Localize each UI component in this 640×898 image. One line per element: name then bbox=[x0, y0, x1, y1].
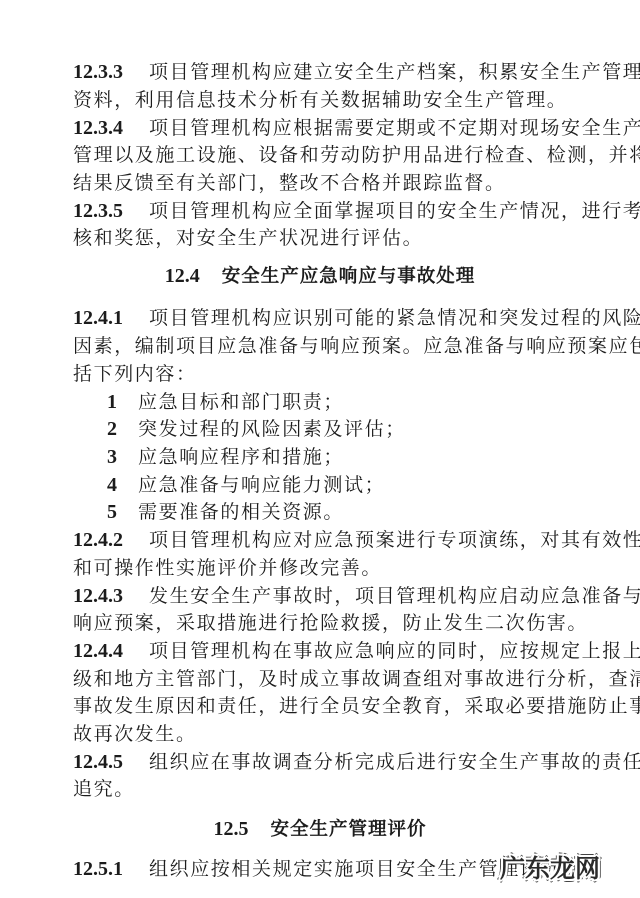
clause-number: 12.4.3 bbox=[73, 582, 149, 610]
clause-number: 12.5.1 bbox=[73, 855, 149, 883]
clause-12-3-3-line-2: 资料，利用信息技术分析有关数据辅助安全生产管理。 bbox=[73, 86, 593, 114]
clause-12-3-3-line-1: 12.3.3项目管理机构应建立安全生产档案，积累安全生产管理 bbox=[73, 58, 593, 86]
clause-12-3-5-line-1: 12.3.5项目管理机构应全面掌握项目的安全生产情况，进行考 bbox=[73, 197, 593, 225]
watermark-logo: 广东龙网 bbox=[500, 852, 600, 886]
clause-12-4-4-line-1: 12.4.4项目管理机构在事故应急响应的同时，应按规定上报上 bbox=[73, 637, 593, 665]
list-item: 5需要准备的相关资源。 bbox=[107, 498, 344, 526]
document-page: 12.3.3项目管理机构应建立安全生产档案，积累安全生产管理 资料，利用信息技术… bbox=[0, 0, 640, 898]
clause-12-4-4-line-4: 故再次发生。 bbox=[73, 720, 593, 748]
clause-number: 12.3.3 bbox=[73, 58, 149, 86]
clause-12-3-4-line-2: 管理以及施工设施、设备和劳动防护用品进行检查、检测，并将 bbox=[73, 141, 593, 169]
clause-12-4-1-line-1: 12.4.1项目管理机构应识别可能的紧急情况和突发过程的风险 bbox=[73, 304, 593, 332]
section-heading-12-4: 12.4安全生产应急响应与事故处理 bbox=[0, 261, 640, 291]
clause-number: 12.3.4 bbox=[73, 114, 149, 142]
clause-number: 12.4.2 bbox=[73, 526, 149, 554]
clause-12-4-4-line-2: 级和地方主管部门，及时成立事故调查组对事故进行分析，查清 bbox=[73, 665, 593, 693]
clause-12-4-4-line-3: 事故发生原因和责任，进行全员安全教育，采取必要措施防止事 bbox=[73, 692, 593, 720]
list-item: 1应急目标和部门职责； bbox=[107, 388, 344, 416]
clause-number: 12.4.4 bbox=[73, 637, 149, 665]
list-item: 3应急响应程序和措施； bbox=[107, 443, 344, 471]
section-heading-12-5: 12.5安全生产管理评价 bbox=[0, 814, 640, 844]
heading-title: 安全生产管理评价 bbox=[270, 819, 426, 840]
clause-number: 12.4.5 bbox=[73, 748, 149, 776]
list-item: 2突发过程的风险因素及评估； bbox=[107, 415, 406, 443]
heading-title: 安全生产应急响应与事故处理 bbox=[222, 266, 476, 287]
clause-number: 12.4.1 bbox=[73, 304, 149, 332]
list-item: 4应急准备与响应能力测试； bbox=[107, 471, 385, 499]
clause-12-4-1-line-2: 因素，编制项目应急准备与响应预案。应急准备与响应预案应包 bbox=[73, 332, 593, 360]
clause-12-3-5-line-2: 核和奖惩，对安全生产状况进行评估。 bbox=[73, 224, 593, 252]
clause-12-4-5-line-2: 追究。 bbox=[73, 775, 593, 803]
clause-number: 12.3.5 bbox=[73, 197, 149, 225]
clause-12-4-3-line-2: 响应预案，采取措施进行抢险救援，防止发生二次伤害。 bbox=[73, 609, 593, 637]
clause-12-3-4-line-3: 结果反馈至有关部门，整改不合格并跟踪监督。 bbox=[73, 169, 593, 197]
clause-12-4-2-line-2: 和可操作性实施评价并修改完善。 bbox=[73, 554, 593, 582]
clause-12-4-3-line-1: 12.4.3发生安全生产事故时，项目管理机构应启动应急准备与 bbox=[73, 582, 593, 610]
heading-number: 12.4 bbox=[165, 265, 200, 287]
clause-12-4-5-line-1: 12.4.5组织应在事故调查分析完成后进行安全生产事故的责任 bbox=[73, 748, 593, 776]
clause-12-3-4-line-1: 12.3.4项目管理机构应根据需要定期或不定期对现场安全生产 bbox=[73, 114, 593, 142]
heading-number: 12.5 bbox=[213, 818, 248, 840]
clause-12-4-1-line-3: 括下列内容： bbox=[73, 360, 593, 388]
clause-12-4-2-line-1: 12.4.2项目管理机构应对应急预案进行专项演练，对其有效性 bbox=[73, 526, 593, 554]
